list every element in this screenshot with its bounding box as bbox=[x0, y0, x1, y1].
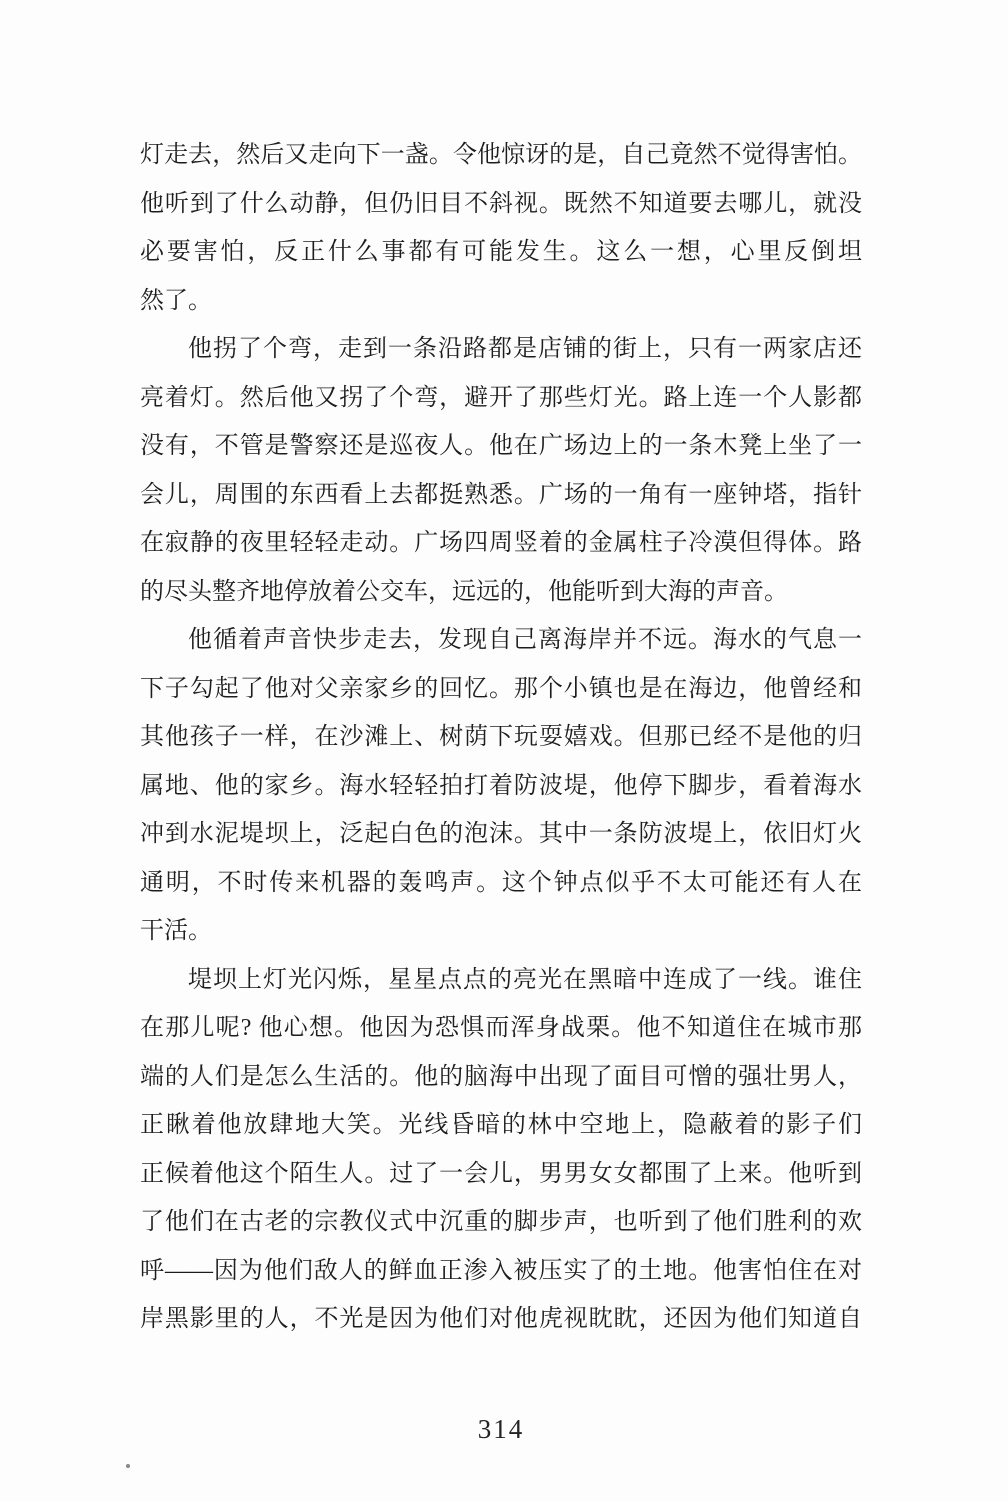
text-line: 通明，不时传来机器的轰鸣声。这个钟点似乎不太可能还有人在 bbox=[140, 859, 862, 908]
paragraph: 堤坝上灯光闪烁，星星点点的亮光在黑暗中连成了一线。谁住在那儿呢? 他心想。他因为… bbox=[140, 956, 862, 1344]
text-line: 干活。 bbox=[140, 907, 862, 956]
text-line: 呼——因为他们敌人的鲜血正渗入被压实了的土地。他害怕住在对 bbox=[140, 1247, 862, 1296]
text-line: 正瞅着他放肆地大笑。光线昏暗的林中空地上，隐蔽着的影子们 bbox=[140, 1101, 862, 1150]
text-line: 下子勾起了他对父亲家乡的回忆。那个小镇也是在海边，他曾经和 bbox=[140, 665, 862, 714]
text-line: 冲到水泥堤坝上，泛起白色的泡沫。其中一条防波堤上，依旧灯火 bbox=[140, 810, 862, 859]
text-line: 正候着他这个陌生人。过了一会儿，男男女女都围了上来。他听到 bbox=[140, 1150, 862, 1199]
paragraph: 他循着声音快步走去，发现自己离海岸并不远。海水的气息一下子勾起了他对父亲家乡的回… bbox=[140, 616, 862, 956]
text-line: 在那儿呢? 他心想。他因为恐惧而浑身战栗。他不知道住在城市那 bbox=[140, 1004, 862, 1053]
text-line: 了他们在古老的宗教仪式中沉重的脚步声，也听到了他们胜利的欢 bbox=[140, 1198, 862, 1247]
book-page: 灯走去，然后又走向下一盏。令他惊讶的是，自己竟然不觉得害怕。他听到了什么动静，但… bbox=[0, 0, 1008, 1502]
text-line: 灯走去，然后又走向下一盏。令他惊讶的是，自己竟然不觉得害怕。 bbox=[140, 131, 862, 180]
text-line: 在寂静的夜里轻轻走动。广场四周竖着的金属柱子冷漠但得体。路 bbox=[140, 519, 862, 568]
page-number: 314 bbox=[140, 1414, 862, 1445]
text-line: 他循着声音快步走去，发现自己离海岸并不远。海水的气息一 bbox=[140, 616, 862, 665]
paragraph: 灯走去，然后又走向下一盏。令他惊讶的是，自己竟然不觉得害怕。他听到了什么动静，但… bbox=[140, 131, 862, 325]
text-line: 属地、他的家乡。海水轻轻拍打着防波堤，他停下脚步，看着海水 bbox=[140, 762, 862, 811]
paragraph: 他拐了个弯，走到一条沿路都是店铺的街上，只有一两家店还亮着灯。然后他又拐了个弯，… bbox=[140, 325, 862, 616]
text-line: 堤坝上灯光闪烁，星星点点的亮光在黑暗中连成了一线。谁住 bbox=[140, 956, 862, 1005]
text-line: 其他孩子一样，在沙滩上、树荫下玩耍嬉戏。但那已经不是他的归 bbox=[140, 713, 862, 762]
text-line: 端的人们是怎么生活的。他的脑海中出现了面目可憎的强壮男人， bbox=[140, 1053, 862, 1102]
text-line: 会儿，周围的东西看上去都挺熟悉。广场的一角有一座钟塔，指针 bbox=[140, 471, 862, 520]
text-line: 的尽头整齐地停放着公交车，远远的，他能听到大海的声音。 bbox=[140, 568, 862, 617]
text-line: 必要害怕，反正什么事都有可能发生。这么一想，心里反倒坦 bbox=[140, 228, 862, 277]
text-line: 岸黑影里的人，不光是因为他们对他虎视眈眈，还因为他们知道自 bbox=[140, 1295, 862, 1344]
text-line: 亮着灯。然后他又拐了个弯，避开了那些灯光。路上连一个人影都 bbox=[140, 374, 862, 423]
scan-speck-artifact bbox=[126, 1464, 130, 1468]
text-line: 他听到了什么动静，但仍旧目不斜视。既然不知道要去哪儿，就没 bbox=[140, 180, 862, 229]
text-line: 没有，不管是警察还是巡夜人。他在广场边上的一条木凳上坐了一 bbox=[140, 422, 862, 471]
text-line: 然了。 bbox=[140, 277, 862, 326]
text-block: 灯走去，然后又走向下一盏。令他惊讶的是，自己竟然不觉得害怕。他听到了什么动静，但… bbox=[140, 131, 862, 1344]
text-line: 他拐了个弯，走到一条沿路都是店铺的街上，只有一两家店还 bbox=[140, 325, 862, 374]
